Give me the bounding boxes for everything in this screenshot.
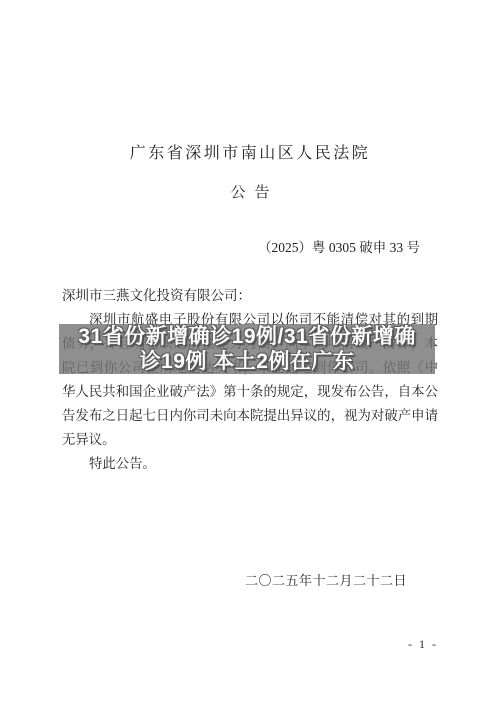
notice-date: 二〇二五年十二月二十二日: [245, 570, 407, 589]
court-notice-page: 广东省深圳市南山区人民法院 公告 （2025）粤 0305 破申 33 号 深圳…: [0, 0, 500, 706]
court-title: 广东省深圳市南山区人民法院: [0, 140, 500, 163]
banner-caption-line-1: 31省份新增确诊19例/31省份新增确: [78, 324, 415, 349]
addressee-line: 深圳市三燕文化投资有限公司：: [62, 284, 251, 304]
body-line: 告发布之日起七日内你司未向本院提出异议的，视为对破产申请: [62, 404, 438, 428]
news-caption-banner: 31省份新增确诊19例/31省份新增确 诊19例 本土2例在广东: [59, 324, 435, 374]
banner-caption-line-2: 诊19例 本土2例在广东: [140, 349, 355, 374]
case-number: （2025）粤 0305 破申 33 号: [258, 236, 420, 256]
page-number: - 1 -: [408, 637, 438, 652]
closing-line: 特此公告。: [62, 452, 438, 476]
doc-type-heading: 公告: [0, 181, 500, 202]
body-line: 无异议。: [62, 428, 438, 452]
body-line: 华人民共和国企业破产法》第十条的规定，现发布公告，自本公: [62, 380, 438, 404]
